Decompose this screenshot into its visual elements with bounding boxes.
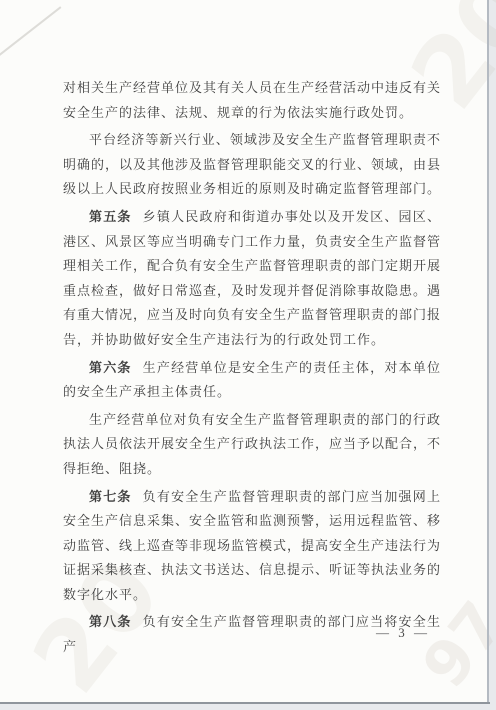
- scan-edge-bottom: [0, 702, 490, 704]
- article-heading: 第七条: [89, 489, 132, 504]
- scan-scratch-mark: [0, 6, 61, 59]
- paragraph: 对相关生产经营单位及其有关人员在生产经营活动中违反有关安全生产的法律、法规、规章…: [63, 76, 441, 125]
- paragraph: 生产经营单位对负有安全生产监督管理职责的部门的行政执法人员依法开展安全生产行政执…: [63, 408, 441, 482]
- scanned-page: 20 20 97 对相关生产经营单位及其有关人员在生产经营活动中违反有关安全生产…: [0, 0, 488, 703]
- paragraph-text: 平台经济等新兴行业、领域涉及安全生产监督管理职责不明确的，以及其他涉及监督管理职…: [63, 132, 441, 196]
- article-heading: 第六条: [89, 360, 132, 375]
- paragraph: 第七条负有安全生产监督管理职责的部门应当加强网上安全生产信息采集、安全监管和监测…: [63, 485, 441, 608]
- paragraph: 平台经济等新兴行业、领域涉及安全生产监督管理职责不明确的，以及其他涉及监督管理职…: [63, 128, 441, 202]
- document-body: 对相关生产经营单位及其有关人员在生产经营活动中违反有关安全生产的法律、法规、规章…: [63, 76, 441, 663]
- page-number: — 3 —: [376, 625, 430, 641]
- article-heading: 第八条: [89, 614, 132, 629]
- paragraph: 第五条乡镇人民政府和街道办事处以及开发区、园区、港区、风景区等应当明确专门工作力…: [63, 205, 441, 353]
- paragraph-text: 负有安全生产监督管理职责的部门应当加强网上安全生产信息采集、安全监管和监测预警，…: [63, 489, 441, 602]
- article-heading: 第五条: [89, 209, 132, 224]
- paragraph-text: 生产经营单位对负有安全生产监督管理职责的部门的行政执法人员依法开展安全生产行政执…: [63, 412, 441, 476]
- paragraph-text: 乡镇人民政府和街道办事处以及开发区、园区、港区、风景区等应当明确专门工作力量，负…: [63, 209, 441, 347]
- paragraph-text: 对相关生产经营单位及其有关人员在生产经营活动中违反有关安全生产的法律、法规、规章…: [63, 80, 441, 120]
- paragraph: 第六条生产经营单位是安全生产的责任主体，对本单位的安全生产承担主体责任。: [63, 356, 441, 405]
- scan-edge-right: [487, 0, 489, 703]
